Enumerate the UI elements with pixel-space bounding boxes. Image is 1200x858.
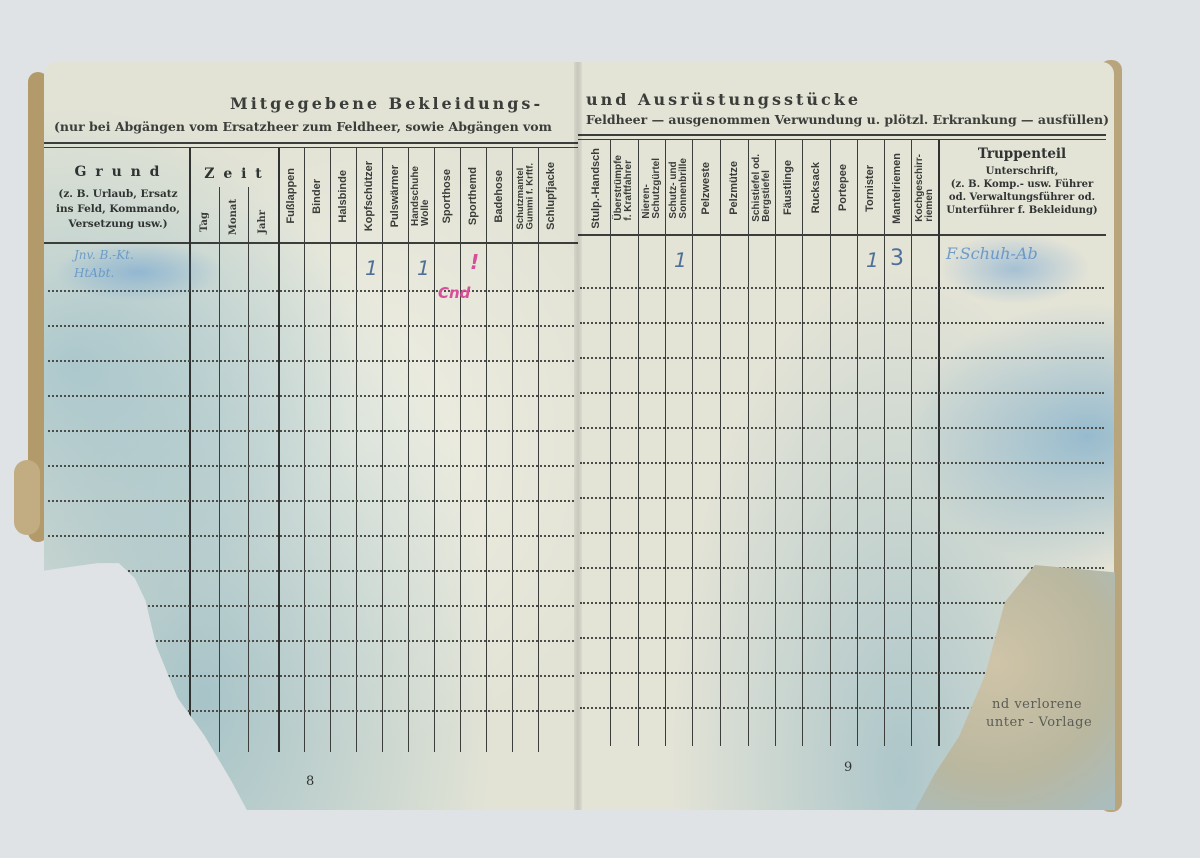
left-page-subtitle: (nur bei Abgängen vom Ersatzheer zum Fel… [54, 119, 552, 134]
col-pelzmuetze: Pelzmütze [720, 142, 748, 234]
grid-vline [610, 140, 611, 746]
col-schutz-sonnenbrille: Schutz- und Sonnenbrille [665, 142, 692, 234]
book-cover-tab [14, 460, 40, 535]
kopfschuetzer-count: 1 [362, 256, 380, 280]
page-number-left: 8 [306, 774, 314, 789]
grid-vline [538, 148, 539, 752]
torn-corner-text-1: nd verlorene [992, 697, 1082, 712]
tornister-count: 1 [863, 248, 881, 272]
header-rule-top2 [578, 139, 1106, 140]
grid-vline [938, 140, 940, 746]
col-schlupfjacke: Schlupfjacke [538, 150, 564, 242]
grid-row [48, 605, 574, 607]
grid-vline [189, 148, 191, 752]
grid-row [48, 500, 574, 502]
header-rule-top [44, 142, 578, 144]
zeit-jahr-header: Jahr [248, 202, 277, 242]
zeit-tag-header: Tag [190, 202, 219, 242]
col-sporthose: Sporthose [434, 150, 460, 242]
zeit-header: Z e i t [190, 166, 278, 182]
right-page-title: und Ausrüstungsstücke [586, 90, 861, 109]
truppenteil-signature: F.Schuh-Ab [946, 244, 1038, 263]
mantelriemen-count: 3 [890, 246, 904, 271]
col-pelzweste: Pelzweste [692, 142, 720, 234]
grund-note-3: Versetzung usw.) [48, 218, 188, 230]
grid-row [580, 462, 1104, 464]
zeit-monat-header: Monat [219, 192, 248, 242]
grid-row [48, 430, 574, 432]
book-spine [574, 62, 582, 810]
grid-row [580, 532, 1104, 534]
grid-row [580, 322, 1104, 324]
sporthemd-mark: ! [470, 250, 479, 274]
col-rucksack: Rucksack [802, 142, 830, 234]
booklet-scan: Mitgegebene Bekleidungs- (nur bei Abgäng… [0, 0, 1200, 858]
grid-row [48, 570, 574, 572]
grid-row [48, 360, 574, 362]
torn-corner-text-2: unter - Vorlage [986, 715, 1092, 730]
sporthemd-initials: Cnd [438, 284, 470, 302]
grund-note-1: (z. B. Urlaub, Ersatz [48, 188, 188, 200]
header-rule-top [578, 134, 1106, 136]
grid-vline [720, 140, 721, 746]
grid-vline [408, 148, 409, 752]
grid-vline [278, 148, 280, 752]
truppenteil-note-4: Unterführer f. Bekleidung) [938, 205, 1106, 216]
grid-vline [802, 140, 803, 746]
grid-vline [911, 140, 912, 746]
grund-stamp-text: Jnv. B.-Kt. HtAbt. [74, 246, 134, 282]
col-badehose: Badehose [486, 150, 512, 242]
col-handschuhe-wolle: Handschuhe Wolle [408, 150, 434, 242]
truppenteil-note-1: Unterschrift, [938, 166, 1106, 177]
grid-vline [382, 148, 383, 752]
grid-row [48, 465, 574, 467]
grid-row [580, 427, 1104, 429]
col-kopfschuetzer: Kopfschützer [356, 150, 382, 242]
col-schistiefel: Schistiefel od. Bergstiefel [748, 142, 775, 234]
grid-row [580, 497, 1104, 499]
right-page-subtitle: Feldheer — ausgenommen Verwundung u. plö… [586, 112, 1109, 127]
grid-vline [330, 148, 331, 752]
grid-vline [486, 148, 487, 752]
left-page-title: Mitgegebene Bekleidungs- [230, 94, 543, 113]
grund-header: G r u n d (z. B. Urlaub, Ersatz ins Feld… [48, 164, 188, 230]
grid-vline [512, 148, 513, 752]
col-mantelriemen: Mantelriemen [884, 142, 911, 234]
col-faeustlinge: Fäustlinge [775, 142, 802, 234]
grid-vline [748, 140, 749, 746]
col-stulp-handsch: Stulp.-Handsch [582, 142, 610, 234]
col-binder: Binder [304, 150, 330, 242]
grid-vline [857, 140, 858, 746]
truppenteil-note-3: od. Verwaltungsführer od. [938, 192, 1106, 203]
col-tornister: Tornister [857, 142, 884, 234]
grid-row [48, 395, 574, 397]
page-number-right: 9 [844, 760, 852, 775]
left-page: Mitgegebene Bekleidungs- (nur bei Abgäng… [44, 62, 578, 810]
col-schutzmantel: Schutzmantel Gummi f. Krftf. [512, 150, 538, 242]
col-ueberstruempfe: Überstrümpfe f. Kraftfahrer [610, 142, 638, 234]
grid-row [48, 325, 574, 327]
grid-vline [830, 140, 831, 746]
col-halsbinde: Halsbinde [330, 150, 356, 242]
truppenteil-note-2: (z. B. Komp.- usw. Führer [938, 179, 1106, 190]
grid-vline [304, 148, 305, 752]
grid-row [48, 535, 574, 537]
grid-row [580, 567, 1104, 569]
grid-row [580, 357, 1104, 359]
handschuhe-count: 1 [414, 256, 432, 280]
col-portepee: Portepee [830, 142, 857, 234]
grund-note-2: ins Feld, Kommando, [48, 203, 188, 215]
grid-vline [692, 140, 693, 746]
grid-vline [775, 140, 776, 746]
truppenteil-title: Truppenteil [938, 146, 1106, 162]
col-kochgeschirrriemen: Kochgeschirr- riemen [911, 142, 938, 234]
grid-row [48, 640, 574, 642]
sonnenbrille-count: 1 [671, 248, 689, 272]
grid-vline [638, 140, 639, 746]
grid-vline [434, 148, 435, 752]
grid-vline [460, 148, 461, 752]
col-fusslappen: Fußlappen [278, 150, 304, 242]
grund-title: G r u n d [48, 164, 188, 180]
grid-vline [248, 187, 249, 752]
truppenteil-header: Truppenteil Unterschrift, (z. B. Komp.- … [938, 146, 1106, 216]
col-pulswaermer: Pulswärmer [382, 150, 408, 242]
grid-vline [665, 140, 666, 746]
grid-vline [884, 140, 885, 746]
grid-row [48, 675, 574, 677]
grid-vline [356, 148, 357, 752]
col-sporthemd: Sporthemd [460, 150, 486, 242]
grid-row [580, 392, 1104, 394]
grid-row [48, 710, 574, 712]
col-nieren-schutzguertel: Nieren- Schutzgürtel [638, 142, 665, 234]
header-rule-top2 [44, 147, 578, 148]
